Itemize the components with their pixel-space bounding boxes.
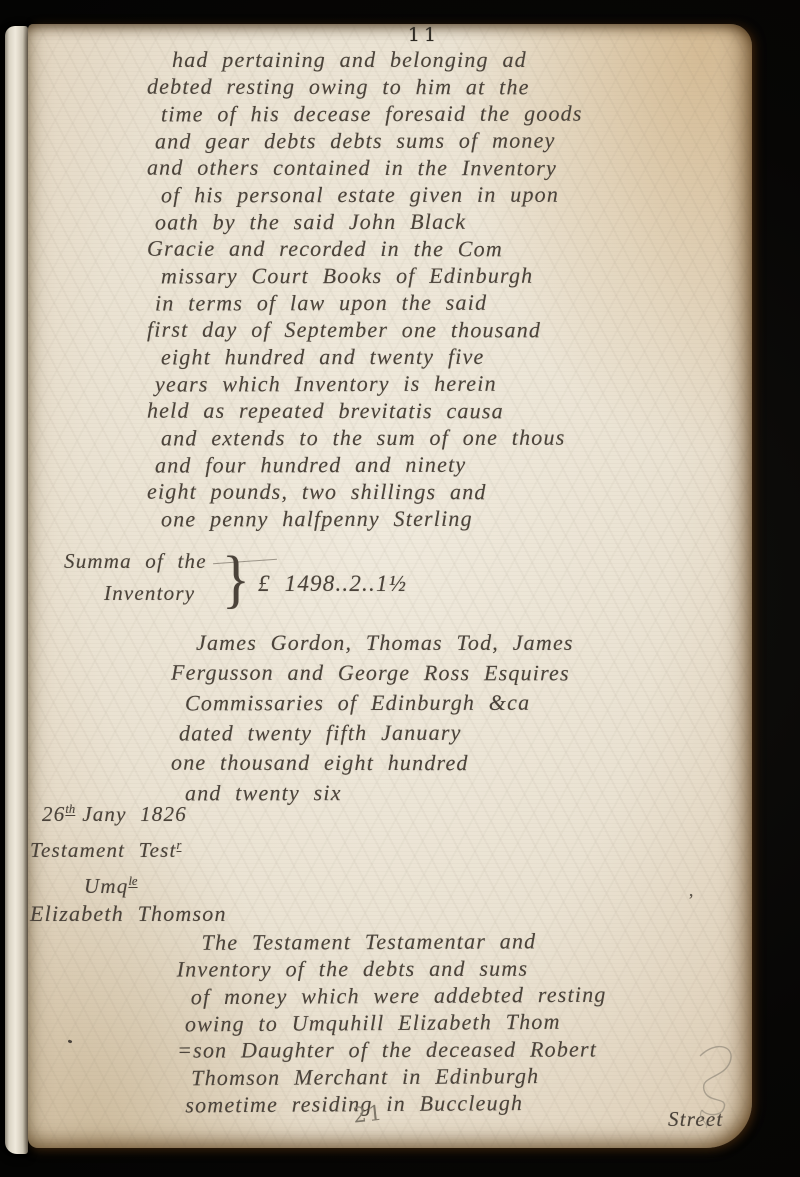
manuscript-line: Thomson Merchant in Edinburgh [191,1062,611,1092]
manuscript-line: Gracie and recorded in the Com [147,235,569,263]
testament-paragraph: The Testament Testamentar andInventory o… [176,927,597,1118]
manuscript-line: The Testament Testamentar and [202,927,622,956]
manuscript-line: of his personal estate given in upon [161,181,583,209]
manuscript-line: =son Daughter of the deceased Robert [177,1035,597,1063]
stray-ink-mark: ’ [688,890,694,911]
pencil-page-number: 21 [352,1100,385,1127]
book-binding-page-edges [5,26,28,1154]
manuscript-line: one thousand eight hundred [171,748,570,779]
manuscript-page: 11 had pertaining and belonging addebted… [28,24,752,1148]
margin-date-day: 26 [42,802,65,826]
manuscript-line: owing to Umquhill Elizabeth Thom [185,1007,605,1037]
manuscript-line: in terms of law upon the said [155,288,577,316]
margin-record-type-text: Testament Test [30,838,177,862]
commissaries-paragraph: James Gordon, Thomas Tod, JamesFergusson… [170,628,569,808]
manuscript-line: eight pounds, two shillings and [147,478,569,506]
manuscript-line: Inventory of the debts and sums [177,954,597,982]
manuscript-line: one penny halfpenny Sterling [161,505,583,533]
manuscript-line: dated twenty fifth January [179,717,578,748]
manuscript-line: and gear debts debts sums of money [155,126,577,154]
manuscript-line: years which Inventory is herein [155,369,577,397]
manuscript-line: and extends to the sum of one thous [161,424,583,452]
manuscript-line: of money which were addebted resting [191,981,611,1011]
manuscript-line: debted resting owing to him at the [147,73,569,101]
manuscript-line: held as repeated brevitatis causa [147,397,569,425]
manuscript-line: Fergusson and George Ross Esquires [171,658,570,689]
summa-label-line2: Inventory [104,580,195,607]
manuscript-line: and four hundred and ninety [155,450,577,478]
margin-date: 26thJany 1826 [42,796,187,828]
margin-date-suffix: th [65,802,75,816]
margin-umquhile: Umqle [84,868,138,900]
margin-record-type: Testament Testr [30,832,181,864]
pencil-doodle [666,1032,758,1136]
manuscript-photo: 11 had pertaining and belonging addebted… [0,0,800,1177]
margin-record-type-sup: r [177,838,182,852]
summa-brace: } [222,547,250,612]
margin-deceased-name: Elizabeth Thomson [30,900,227,927]
summa-amount: £ 1498..2..1½ [258,570,407,597]
manuscript-line: oath by the said John Black [155,207,577,235]
manuscript-line: had pertaining and belonging ad [172,46,594,73]
folio-number: 11 [386,24,462,46]
ink-dot [68,1039,73,1043]
manuscript-line: first day of September one thousand [147,316,569,344]
manuscript-line: James Gordon, Thomas Tod, James [196,628,595,658]
main-paragraph: had pertaining and belonging addebted re… [146,46,568,532]
manuscript-line: sometime residing in Buccleugh [185,1088,605,1118]
manuscript-line: time of his decease foresaid the goods [161,100,583,128]
manuscript-line: eight hundred and twenty five [161,343,583,371]
manuscript-line: Commissaries of Edinburgh &ca [185,688,584,719]
manuscript-line: and twenty six [185,778,584,809]
margin-umquhile-text: Umq [84,874,128,898]
margin-umquhile-sup: le [128,874,137,888]
manuscript-line: and others contained in the Inventory [147,154,569,182]
manuscript-line: missary Court Books of Edinburgh [161,262,583,290]
margin-date-rest: Jany 1826 [82,802,187,826]
